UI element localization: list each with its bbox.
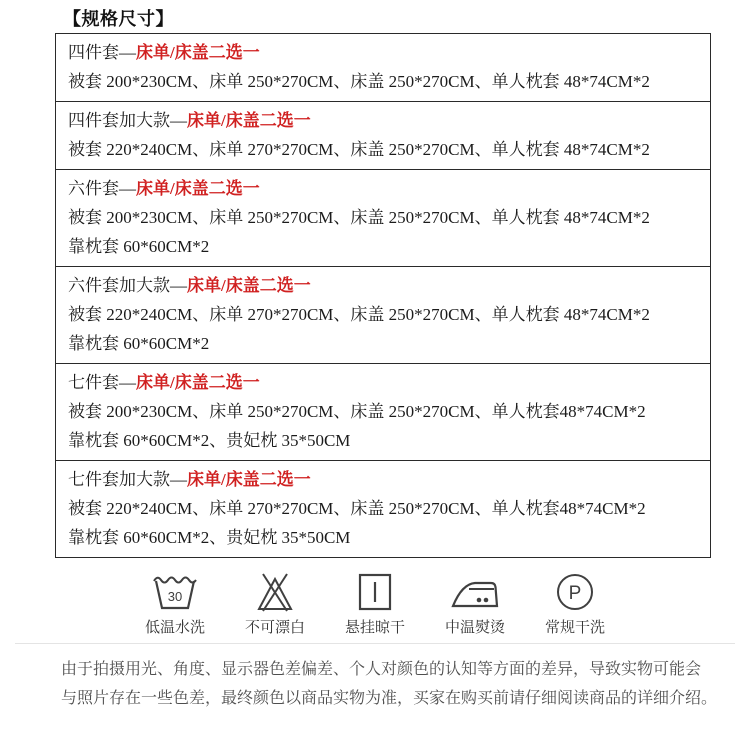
spec-row-title: 七件套—床单/床盖二选一	[68, 368, 700, 397]
spec-row-title: 四件套加大款—床单/床盖二选一	[68, 106, 700, 135]
spec-row-detail: 靠枕套 60*60CM*2	[68, 232, 700, 261]
care-item-wash: 30 低温水洗	[136, 572, 214, 637]
page-title: 【规格尺寸】	[63, 5, 174, 31]
disclaimer-text: 由于拍摄用光、角度、显示器色差偏差、个人对颜色的认知等方面的差异，导致实物可能会…	[61, 655, 695, 713]
spec-table: 四件套—床单/床盖二选一被套 200*230CM、床单 250*270CM、床盖…	[55, 33, 711, 558]
spec-row-detail: 被套 220*240CM、床单 270*270CM、床盖 250*270CM、单…	[68, 494, 700, 523]
spec-row-detail: 靠枕套 60*60CM*2、贵妃枕 35*50CM	[68, 426, 700, 455]
spec-row: 四件套—床单/床盖二选一被套 200*230CM、床单 250*270CM、床盖…	[56, 34, 710, 102]
spec-row-title: 六件套—床单/床盖二选一	[68, 174, 700, 203]
no-bleach-icon	[252, 572, 298, 612]
spec-row: 六件套—床单/床盖二选一被套 200*230CM、床单 250*270CM、床盖…	[56, 170, 710, 267]
spec-row-detail: 被套 200*230CM、床单 250*270CM、床盖 250*270CM、单…	[68, 203, 700, 232]
care-label: 不可漂白	[245, 616, 305, 637]
dry-clean-letter: P	[569, 583, 582, 604]
spec-row-detail: 被套 220*240CM、床单 270*270CM、床盖 250*270CM、单…	[68, 300, 700, 329]
spec-row: 六件套加大款—床单/床盖二选一被套 220*240CM、床单 270*270CM…	[56, 267, 710, 364]
set-option-highlight: 床单/床盖二选一	[136, 373, 260, 392]
wash-30-icon: 30	[152, 572, 198, 612]
set-name: 七件套—	[68, 373, 136, 392]
disclaimer-line: 由于拍摄用光、角度、显示器色差偏差、个人对颜色的认知等方面的差异，导致实物可能会	[61, 655, 695, 684]
care-item-dry-clean: P 常规干洗	[536, 572, 614, 637]
care-label: 低温水洗	[145, 616, 205, 637]
spec-row-detail: 被套 200*230CM、床单 250*270CM、床盖 250*270CM、单…	[68, 397, 700, 426]
spec-row-detail: 靠枕套 60*60CM*2	[68, 329, 700, 358]
set-option-highlight: 床单/床盖二选一	[187, 470, 311, 489]
care-item-hang-dry: 悬挂晾干	[336, 572, 414, 637]
spec-row-title: 七件套加大款—床单/床盖二选一	[68, 465, 700, 494]
spec-row-detail: 被套 220*240CM、床单 270*270CM、床盖 250*270CM、单…	[68, 135, 700, 164]
product-spec-page: 【规格尺寸】 四件套—床单/床盖二选一被套 200*230CM、床单 250*2…	[0, 0, 750, 732]
iron-medium-icon	[450, 572, 500, 612]
set-option-highlight: 床单/床盖二选一	[187, 276, 311, 295]
set-name: 六件套加大款—	[68, 276, 187, 295]
spec-row-detail: 被套 200*230CM、床单 250*270CM、床盖 250*270CM、单…	[68, 67, 700, 96]
set-option-highlight: 床单/床盖二选一	[187, 111, 311, 130]
spec-row: 四件套加大款—床单/床盖二选一被套 220*240CM、床单 270*270CM…	[56, 102, 710, 170]
care-item-no-bleach: 不可漂白	[236, 572, 314, 637]
spec-row-title: 六件套加大款—床单/床盖二选一	[68, 271, 700, 300]
dry-clean-p-icon: P	[555, 572, 595, 612]
set-name: 六件套—	[68, 179, 136, 198]
set-option-highlight: 床单/床盖二选一	[136, 179, 260, 198]
care-label: 中温熨烫	[445, 616, 505, 637]
wash-temp-value: 30	[168, 589, 182, 604]
set-name: 七件套加大款—	[68, 470, 187, 489]
divider-line	[15, 643, 735, 644]
set-name: 四件套—	[68, 43, 136, 62]
disclaimer-line: 与照片存在一些色差，最终颜色以商品实物为准，买家在购买前请仔细阅读商品的详细介绍…	[61, 684, 695, 713]
hang-dry-icon	[356, 572, 394, 612]
care-item-iron: 中温熨烫	[436, 572, 514, 637]
care-label: 悬挂晾干	[345, 616, 405, 637]
spec-row: 七件套—床单/床盖二选一被套 200*230CM、床单 250*270CM、床盖…	[56, 364, 710, 461]
care-label: 常规干洗	[545, 616, 605, 637]
set-option-highlight: 床单/床盖二选一	[136, 43, 260, 62]
care-icons-row: 30 低温水洗 不可漂白 悬挂晾干	[0, 572, 750, 637]
spec-row-detail: 靠枕套 60*60CM*2、贵妃枕 35*50CM	[68, 523, 700, 552]
spec-row: 七件套加大款—床单/床盖二选一被套 220*240CM、床单 270*270CM…	[56, 461, 710, 557]
set-name: 四件套加大款—	[68, 111, 187, 130]
spec-row-title: 四件套—床单/床盖二选一	[68, 38, 700, 67]
